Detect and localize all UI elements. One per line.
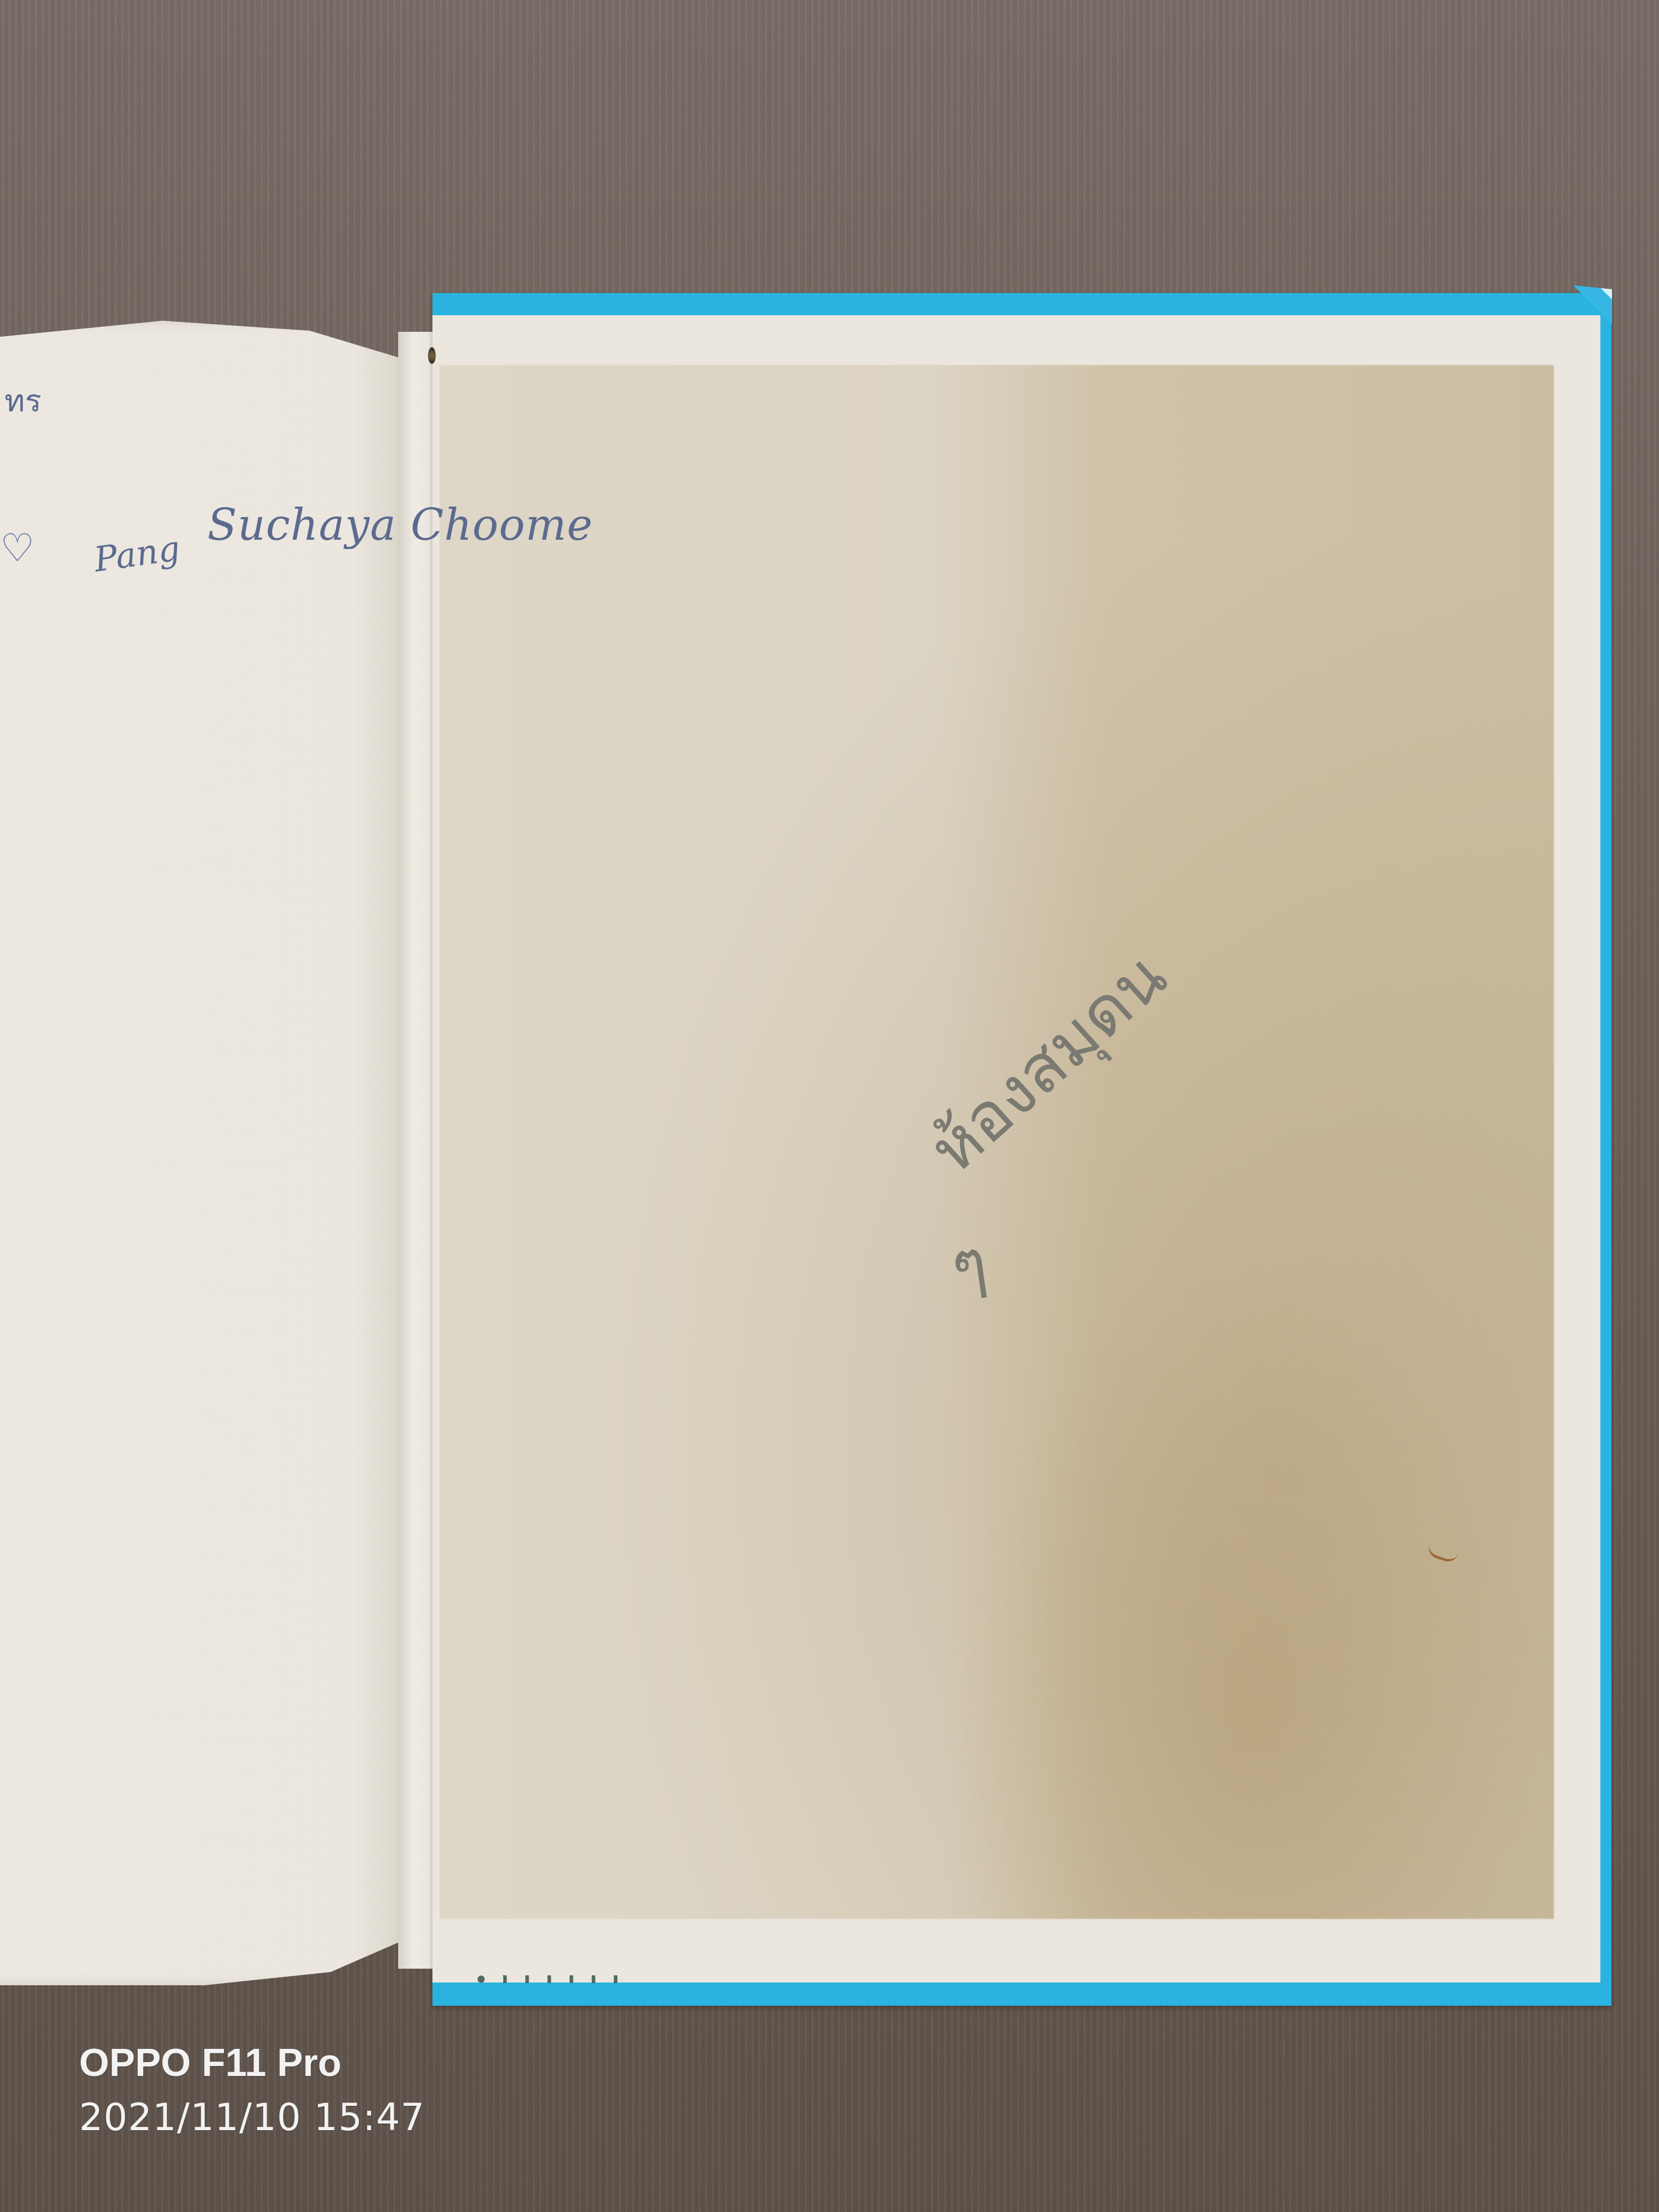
heart-icon: ♡ (0, 525, 35, 571)
paper-stain-dark (951, 1244, 1554, 1919)
left-page (0, 321, 415, 1985)
book-gutter (398, 332, 437, 1969)
mold-spots (476, 1975, 630, 1983)
thai-handwriting-fragment: ทร (4, 376, 41, 425)
binding-rivet (428, 347, 436, 364)
signature-full-name: Suchaya Choome (207, 500, 593, 550)
camera-model-watermark: OPPO F11 Pro (79, 2041, 342, 2085)
timestamp-watermark: 2021/11/10 15:47 (79, 2096, 425, 2140)
